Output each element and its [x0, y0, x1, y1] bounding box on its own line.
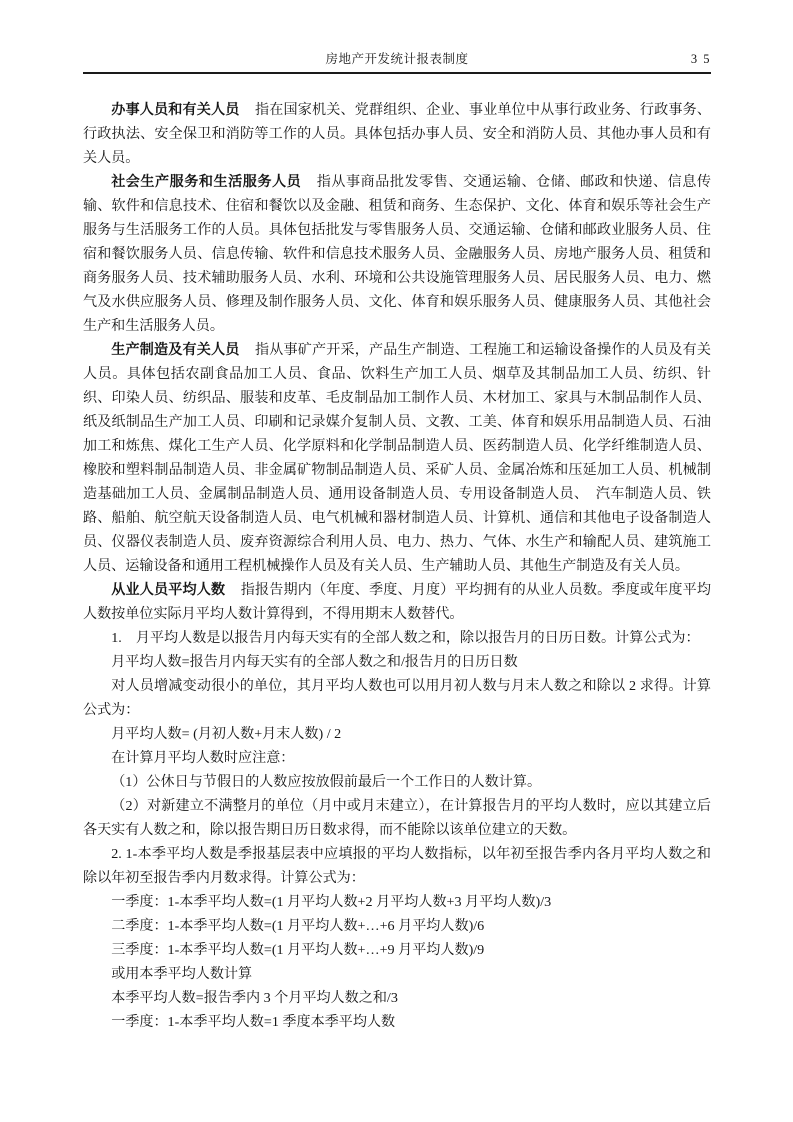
paragraph-text: 对人员增减变动很小的单位，其月平均人数也可以用月初人数与月末人数之和除以 2 求…: [83, 678, 711, 718]
text-paragraph: 月平均人数=报告月内每天实有的全部人数之和/报告月的日历日数: [83, 650, 711, 674]
page-header: 房地产开发统计报表制度 3 5: [83, 0, 711, 74]
paragraph-text: 在计算月平均人数时应注意：: [111, 750, 294, 766]
paragraph-text: 本季平均人数=报告季内 3 个月平均人数之和/3: [111, 990, 398, 1006]
text-paragraph: 月平均人数= (月初人数+月末人数) / 2: [83, 722, 711, 746]
paragraph-text: 一季度：1-本季平均人数=1 季度本季平均人数: [111, 1014, 395, 1030]
text-paragraph: 三季度：1-本季平均人数=(1 月平均人数+…+9 月平均人数)/9: [83, 938, 711, 962]
text-paragraph: 对人员增减变动很小的单位，其月平均人数也可以用月初人数与月末人数之和除以 2 求…: [83, 674, 711, 722]
term-definition: 指从事商品批发零售、交通运输、仓储、邮政和快递、信息传输、软件和信息技术、住宿和…: [83, 174, 711, 334]
paragraph-text: 月平均人数= (月初人数+月末人数) / 2: [111, 726, 341, 742]
text-paragraph: 本季平均人数=报告季内 3 个月平均人数之和/3: [83, 986, 711, 1010]
term-heading: 生产制造及有关人员: [111, 342, 239, 358]
paragraph-text: 一季度：1-本季平均人数=(1 月平均人数+2 月平均人数+3 月平均人数)/3: [111, 894, 551, 910]
page-number: 3 5: [691, 52, 711, 67]
paragraph-text: （1）公休日与节假日的人数应按放假前最后一个工作日的人数计算。: [111, 774, 541, 790]
definition-paragraph: 办事人员和有关人员指在国家机关、党群组织、企业、事业单位中从事行政业务、行政事务…: [83, 98, 711, 170]
text-paragraph: 1. 月平均人数是以报告月内每天实有的全部人数之和，除以报告月的日历日数。计算公…: [83, 626, 711, 650]
running-header-title: 房地产开发统计报表制度: [83, 49, 711, 67]
text-paragraph: 一季度：1-本季平均人数=(1 月平均人数+2 月平均人数+3 月平均人数)/3: [83, 890, 711, 914]
document-body: 办事人员和有关人员指在国家机关、党群组织、企业、事业单位中从事行政业务、行政事务…: [83, 98, 711, 1034]
term-definition: 指从事矿产开采，产品生产制造、工程施工和运输设备操作的人员及有关人员。具体包括农…: [83, 342, 711, 574]
text-paragraph: 一季度：1-本季平均人数=1 季度本季平均人数: [83, 1010, 711, 1034]
paragraph-text: （2）对新建立不满整月的单位（月中或月末建立），在计算报告月的平均人数时，应以其…: [83, 798, 711, 838]
text-paragraph: 在计算月平均人数时应注意：: [83, 746, 711, 770]
term-heading: 办事人员和有关人员: [111, 102, 239, 118]
paragraph-text: 二季度：1-本季平均人数=(1 月平均人数+…+6 月平均人数)/6: [111, 918, 484, 934]
paragraph-text: 1. 月平均人数是以报告月内每天实有的全部人数之和，除以报告月的日历日数。计算公…: [111, 630, 699, 646]
paragraph-text: 三季度：1-本季平均人数=(1 月平均人数+…+9 月平均人数)/9: [111, 942, 484, 958]
term-heading: 从业人员平均人数: [111, 582, 225, 598]
definition-paragraph: 社会生产服务和生活服务人员指从事商品批发零售、交通运输、仓储、邮政和快递、信息传…: [83, 170, 711, 338]
definition-paragraph: 从业人员平均人数指报告期内（年度、季度、月度）平均拥有的从业人员数。季度或年度平…: [83, 578, 711, 626]
text-paragraph: （1）公休日与节假日的人数应按放假前最后一个工作日的人数计算。: [83, 770, 711, 794]
paragraph-text: 月平均人数=报告月内每天实有的全部人数之和/报告月的日历日数: [111, 654, 518, 670]
term-heading: 社会生产服务和生活服务人员: [111, 174, 301, 190]
document-page: 房地产开发统计报表制度 3 5 办事人员和有关人员指在国家机关、党群组织、企业、…: [0, 0, 793, 1122]
paragraph-text: 2. 1-本季平均人数是季报基层表中应填报的平均人数指标，以年初至报告季内各月平…: [83, 846, 711, 886]
text-paragraph: 二季度：1-本季平均人数=(1 月平均人数+…+6 月平均人数)/6: [83, 914, 711, 938]
text-paragraph: （2）对新建立不满整月的单位（月中或月末建立），在计算报告月的平均人数时，应以其…: [83, 794, 711, 842]
text-paragraph: 2. 1-本季平均人数是季报基层表中应填报的平均人数指标，以年初至报告季内各月平…: [83, 842, 711, 890]
text-paragraph: 或用本季平均人数计算: [83, 962, 711, 986]
paragraph-text: 或用本季平均人数计算: [111, 966, 252, 982]
definition-paragraph: 生产制造及有关人员指从事矿产开采，产品生产制造、工程施工和运输设备操作的人员及有…: [83, 338, 711, 578]
